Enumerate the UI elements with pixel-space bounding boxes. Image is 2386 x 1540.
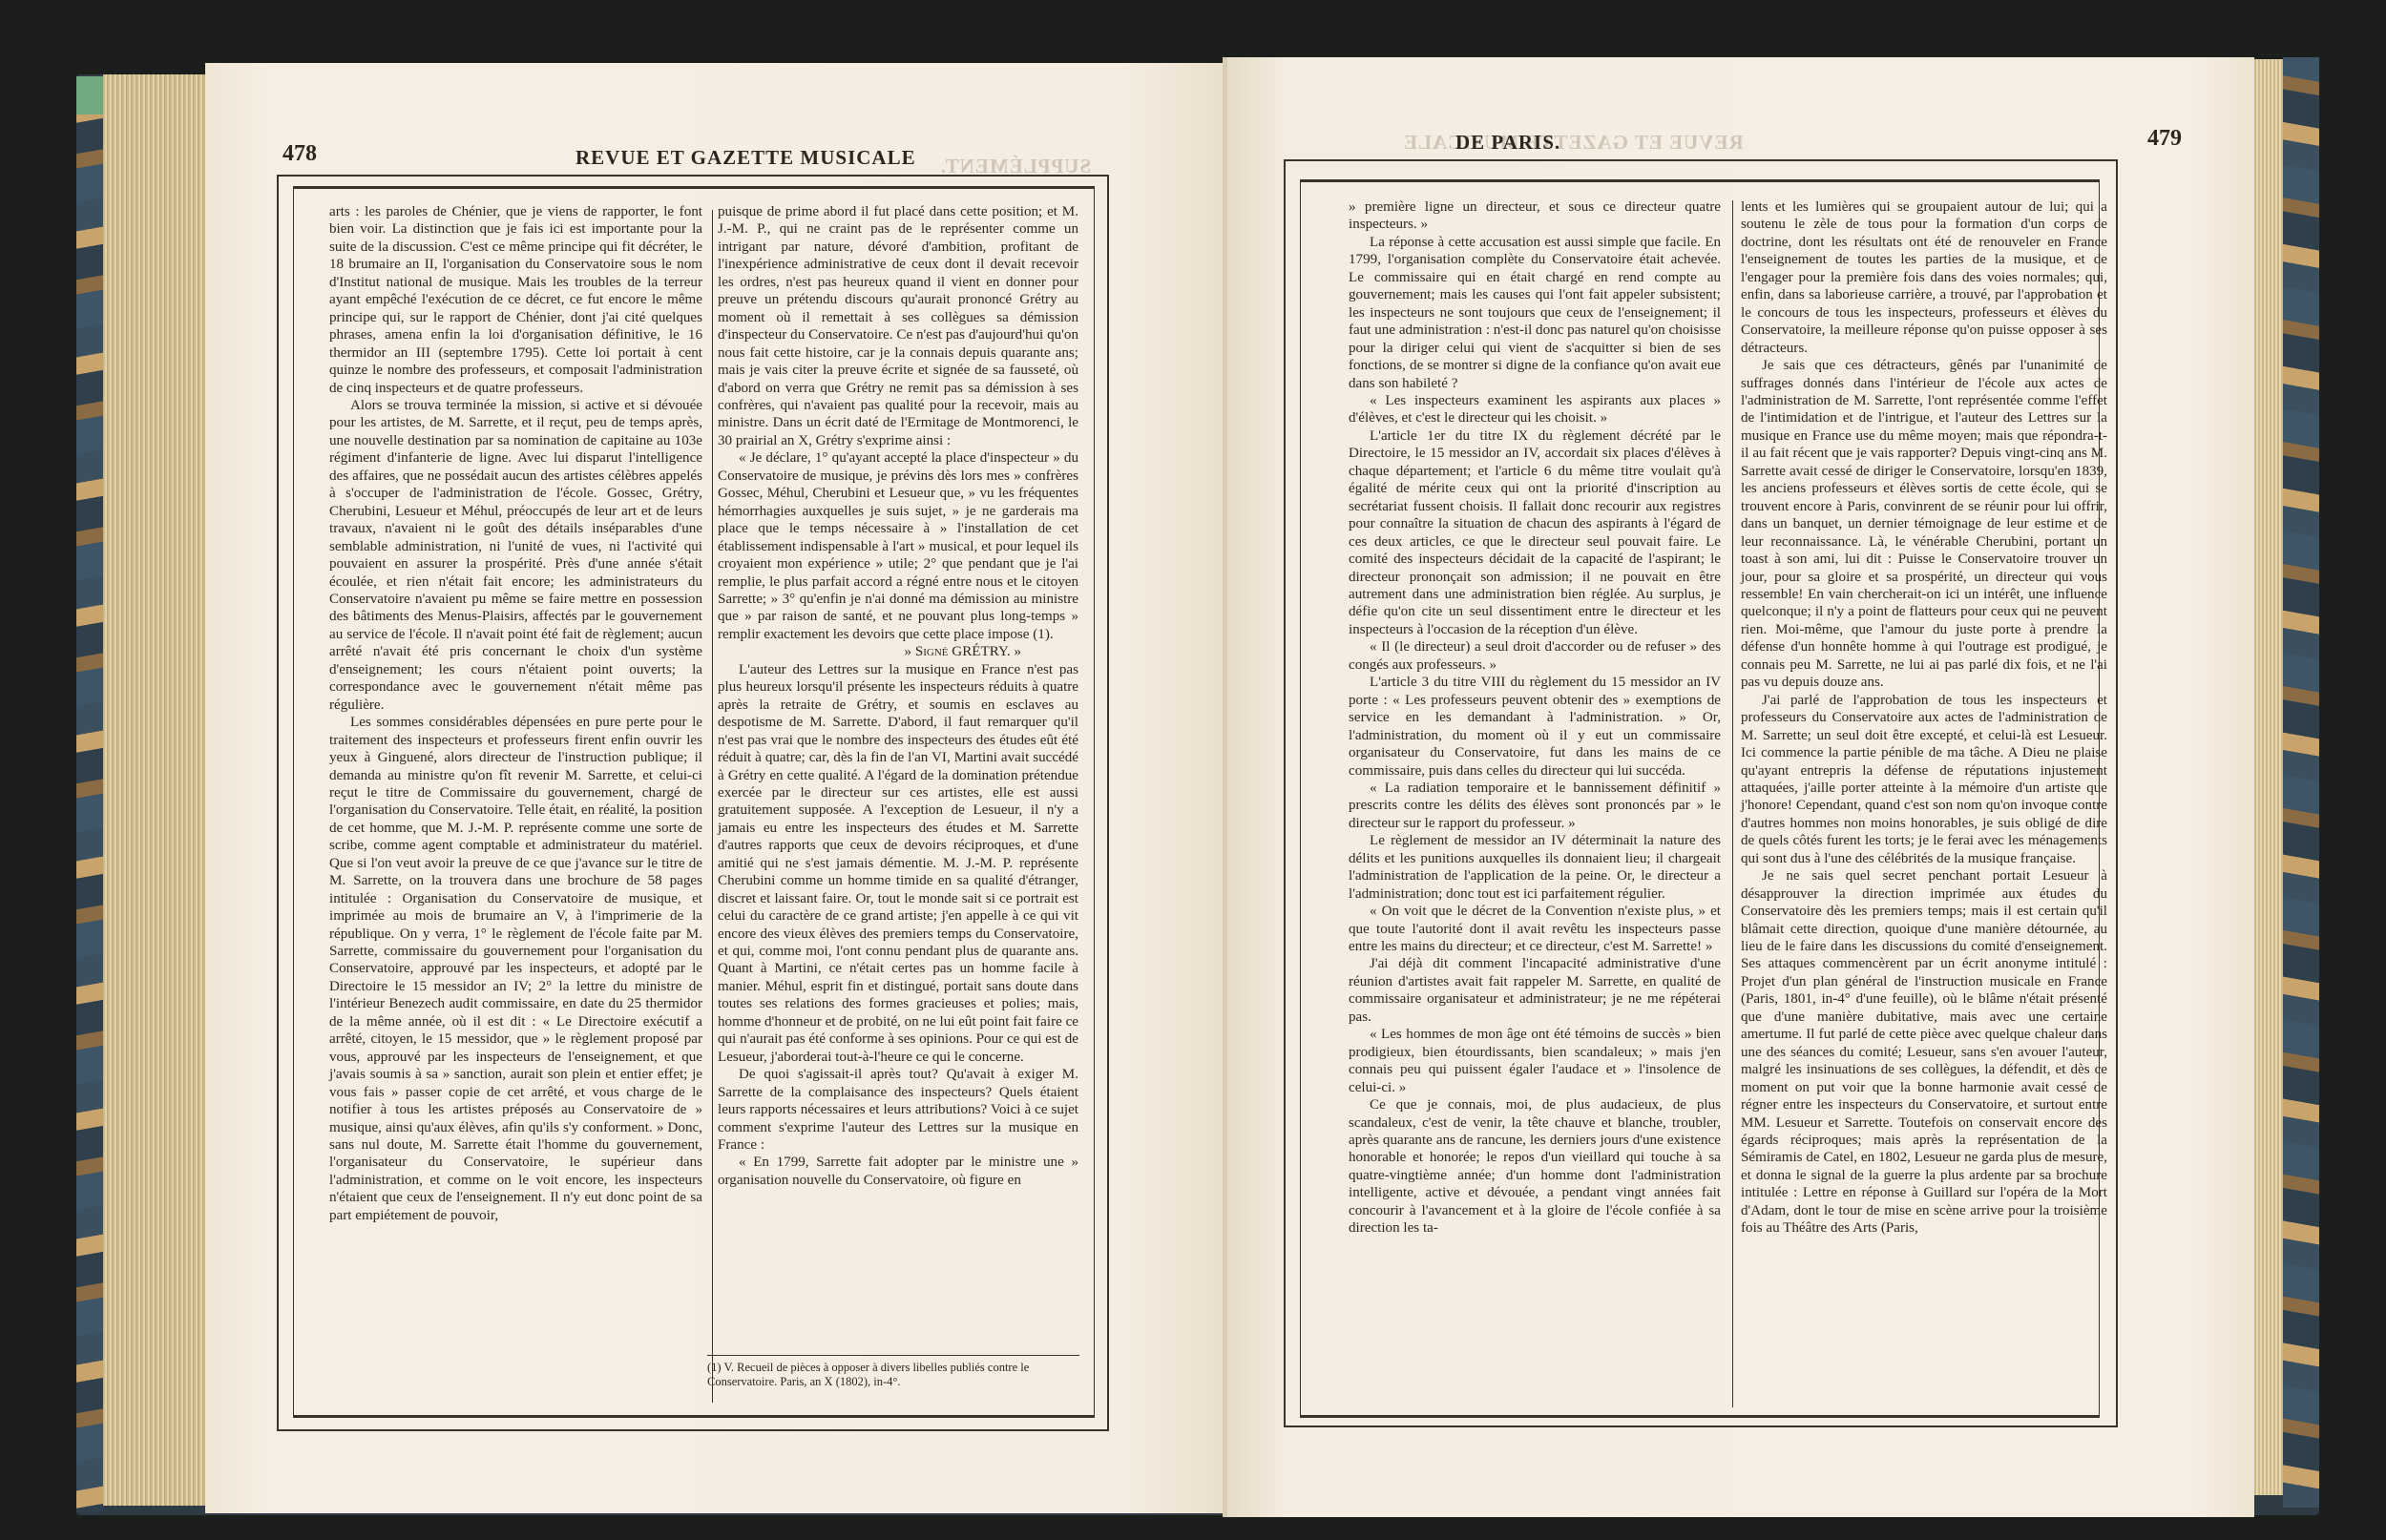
marbled-cover-right [2283, 57, 2319, 1508]
quotation: « Il (le directeur) a seul droit d'accor… [1349, 638, 1721, 674]
paragraph: arts : les paroles de Chénier, que je vi… [329, 203, 702, 397]
page-edges-right [2254, 59, 2283, 1495]
footnote-rule [707, 1355, 1079, 1356]
right-page-number: 479 [2147, 126, 2182, 152]
paragraph: De quoi s'agissait-il après tout? Qu'ava… [718, 1066, 1078, 1154]
column-rule-left [712, 210, 713, 1403]
paragraph: Alors se trouva terminée la mission, si … [329, 397, 702, 714]
paragraph: L'article 1er du titre IX du règlement d… [1349, 427, 1721, 638]
paragraph: J'ai déjà dit comment l'incapacité admin… [1349, 955, 1721, 1026]
quotation: « En 1799, Sarrette fait adopter par le … [718, 1154, 1078, 1189]
paragraph: Ce que je connais, moi, de plus audacieu… [1349, 1096, 1721, 1238]
show-through-head-right: REVUE ET GAZETTE MUSICALE [1403, 131, 1744, 155]
cover-corner-patch [76, 76, 103, 114]
paragraph: Le règlement de messidor an IV détermina… [1349, 832, 1721, 903]
quotation: « La radiation temporaire et le bannisse… [1349, 780, 1721, 832]
quotation: « Je déclare, 1° qu'ayant accepté la pla… [718, 449, 1078, 643]
left-column-1: arts : les paroles de Chénier, que je vi… [329, 203, 702, 1224]
column-rule-right [1732, 200, 1733, 1407]
signature: » Signé GRÉTRY. » [718, 643, 1078, 660]
paragraph: lents et les lumières qui se groupaient … [1741, 198, 2107, 357]
left-running-head: REVUE ET GAZETTE MUSICALE [576, 146, 916, 170]
right-column-1: » première ligne un directeur, et sous c… [1349, 198, 1721, 1238]
left-page-number: 478 [283, 141, 317, 167]
quotation: » première ligne un directeur, et sous c… [1349, 198, 1721, 234]
paragraph: La réponse à cette accusation est aussi … [1349, 234, 1721, 392]
left-column-2: puisque de prime abord il fut placé dans… [718, 203, 1078, 1189]
marbled-cover-left [76, 76, 103, 1512]
quotation: « On voit que le décret de la Convention… [1349, 903, 1721, 955]
paragraph: Les sommes considérables dépensées en pu… [329, 714, 702, 1224]
quotation: « Les inspecteurs examinent les aspirant… [1349, 392, 1721, 427]
quotation: « Les hommes de mon âge ont été témoins … [1349, 1026, 1721, 1096]
paragraph: puisque de prime abord il fut placé dans… [718, 203, 1078, 449]
paragraph: J'ai parlé de l'approbation de tous les … [1741, 692, 2107, 868]
right-running-head: DE PARIS. [1455, 131, 1560, 155]
right-column-2: lents et les lumières qui se groupaient … [1741, 198, 2107, 1238]
paragraph: L'auteur des Lettres sur la musique en F… [718, 661, 1078, 1066]
page-edges-left [103, 74, 208, 1506]
paragraph: L'article 3 du titre VIII du règlement d… [1349, 674, 1721, 780]
paragraph: Je ne sais quel secret penchant portait … [1741, 867, 2107, 1238]
footnote: (1) V. Recueil de pièces à opposer à div… [707, 1361, 1079, 1389]
paragraph: Je sais que ces détracteurs, gênés par l… [1741, 357, 2107, 692]
